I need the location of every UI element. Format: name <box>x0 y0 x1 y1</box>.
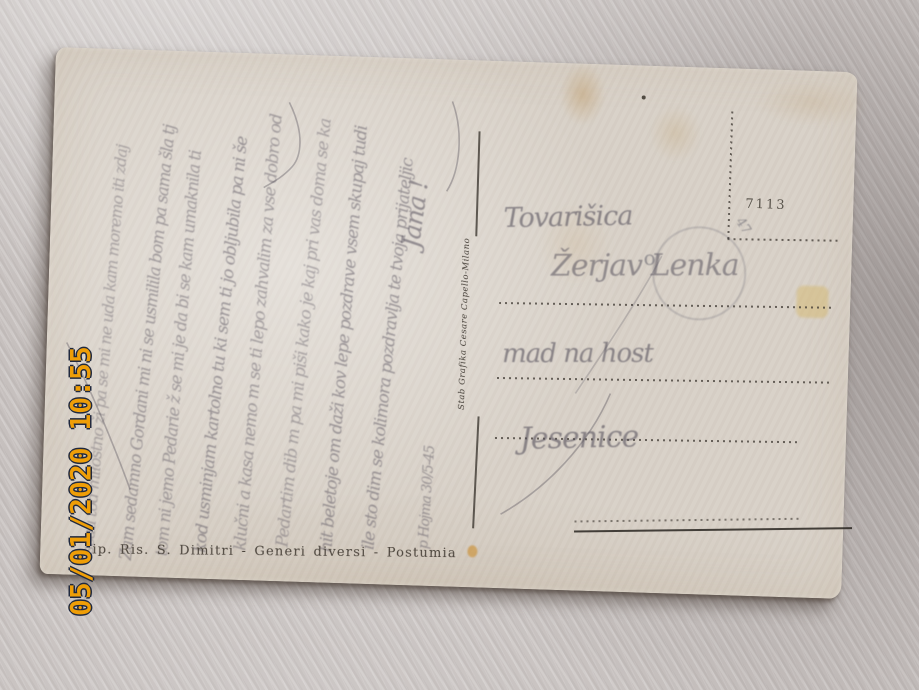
message-handwriting-column: p Hojma 30/5-45 <box>415 445 438 549</box>
card-divider-line <box>475 131 480 236</box>
stain <box>467 545 477 557</box>
fly-speck <box>642 95 646 99</box>
stamp-box-left-edge <box>727 111 733 239</box>
postcard: Stab Grafika Cesare Capello-Milano 7113 … <box>39 47 857 599</box>
card-divider-line <box>472 416 479 528</box>
address-town: Jesenice <box>519 419 638 456</box>
postmark-number: 47 <box>732 215 754 237</box>
address-bottom-rule <box>574 527 852 532</box>
publisher-imprint: ip. Ris. S. Dimitri - Generi diversi - P… <box>92 542 457 561</box>
stain <box>754 77 870 129</box>
stain <box>649 104 703 164</box>
address-line-rule <box>574 518 800 523</box>
address-line-rule <box>497 377 830 384</box>
stain <box>796 285 829 318</box>
photo-background: Stab Grafika Cesare Capello-Milano 7113 … <box>0 0 919 690</box>
message-handwriting-area: sčau tod miłostno ži pa se mi ne uda kam… <box>56 47 858 72</box>
address-recipient-title: Tovarišica <box>503 200 632 234</box>
camera-timestamp: 05/01/2020 10:55 <box>64 346 97 616</box>
address-recipient-name: Žerjav Lenka <box>551 248 739 284</box>
printer-credit-vertical: Stab Grafika Cesare Capello-Milano <box>457 238 472 410</box>
stamp-box-bottom-edge <box>727 238 840 242</box>
stamp-box-number: 7113 <box>745 197 787 213</box>
address-street-line: mad na host <box>502 339 653 370</box>
stain <box>559 63 607 126</box>
